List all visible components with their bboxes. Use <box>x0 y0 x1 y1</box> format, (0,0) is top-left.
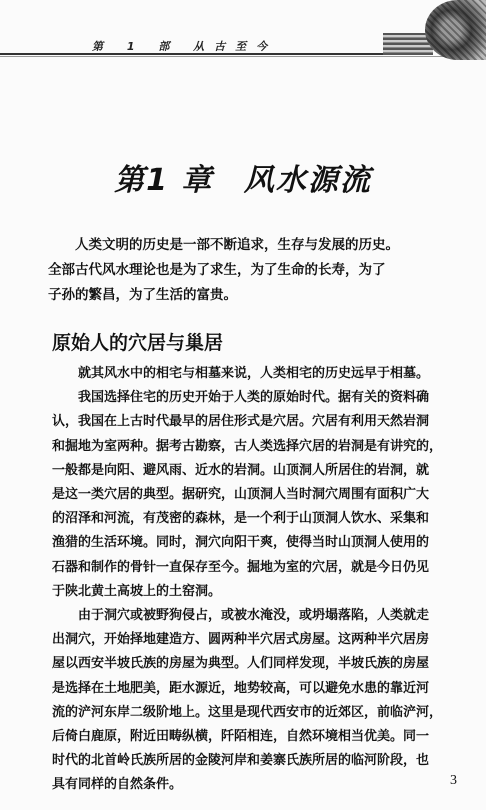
emblem-icon <box>425 0 486 60</box>
running-title: 第 1 部 从古至今 <box>92 38 277 54</box>
epigraph-line: 子孙的繁昌，为了生活的富贵。 <box>48 283 448 308</box>
text-line: 是这一类穴居的典型。据研究，山顶洞人当时洞穴周围有面积广大 <box>52 483 444 507</box>
running-header: 第 1 部 从古至今 <box>0 0 486 60</box>
text-line: 认，我国在上古时代最早的居住形式是穴居。穴居有利用天然岩洞 <box>52 410 444 434</box>
text-line: 屋以西安半坡氏族的房屋为典型。人们同样发现，半坡氏族的房屋 <box>52 652 444 676</box>
text-line: 就其风水中的相宅与相墓来说，人类相宅的历史远早于相墓。 <box>52 362 444 386</box>
text-line: 时代的北首岭氏族所居的金陵河岸和姜寨氏族所居的临河阶段，也 <box>52 749 444 773</box>
text-line: 流的浐河东岸二级阶地上。这里是现代西安市的近郊区，前临浐河， <box>52 701 444 725</box>
section-title: 原始人的穴居与巢居 <box>52 328 223 355</box>
chapter-number: 第1 章 <box>114 163 213 198</box>
text-line: 和掘地为室两种。据考古勘察，古人类选择穴居的岩洞是有讲究的， <box>52 435 444 459</box>
text-line: 具有同样的自然条件。 <box>52 773 444 797</box>
header-rule-thin <box>0 56 486 57</box>
text-line: 后倚白鹿原，附近田畴纵横，阡陌相连，自然环境相当优美。同一 <box>52 725 444 749</box>
text-line: 的沼泽和河流，有茂密的森林，是一个利于山顶洞人饮水、采集和 <box>52 507 444 531</box>
text-line: 我国选择住宅的历史开始于人类的原始时代。据有关的资料确 <box>52 386 444 410</box>
chapter-title: 第1 章 风水源流 <box>0 155 486 199</box>
epigraph-line: 全部古代风水理论也是为了求生，为了生命的长寿，为了 <box>48 258 448 283</box>
text-line: 石器和制作的骨针一直保存至今。掘地为室的穴居，就是今日仍见 <box>52 556 444 580</box>
epigraph: 人类文明的历史是一部不断追求，生存与发展的历史。 全部古代风水理论也是为了求生，… <box>48 233 448 308</box>
text-line: 由于洞穴或被野狗侵占，或被水淹没，或坍塌落陷，人类就走 <box>52 604 444 628</box>
body-text: 就其风水中的相宅与相墓来说，人类相宅的历史远早于相墓。 我国选择住宅的历史开始于… <box>52 362 444 798</box>
chapter-name: 风水源流 <box>244 163 372 198</box>
text-line: 出洞穴，开始择地建造方、圆两种半穴居式房屋。这两种半穴居房 <box>52 628 444 652</box>
header-rule <box>0 53 400 55</box>
text-line: 一般都是向阳、避风雨、近水的岩洞。山顶洞人所居住的岩洞，就 <box>52 459 444 483</box>
page-number: 3 <box>450 773 457 789</box>
epigraph-line: 人类文明的历史是一部不断追求，生存与发展的历史。 <box>48 233 448 258</box>
text-line: 是选择在土地肥美，距水源近，地势较高，可以避免水患的靠近河 <box>52 677 444 701</box>
text-line: 渔猎的生活环境。同时，洞穴向阳干爽，使得当时山顶洞人使用的 <box>52 531 444 555</box>
text-line: 于陕北黄土高坡上的土窑洞。 <box>52 580 444 604</box>
